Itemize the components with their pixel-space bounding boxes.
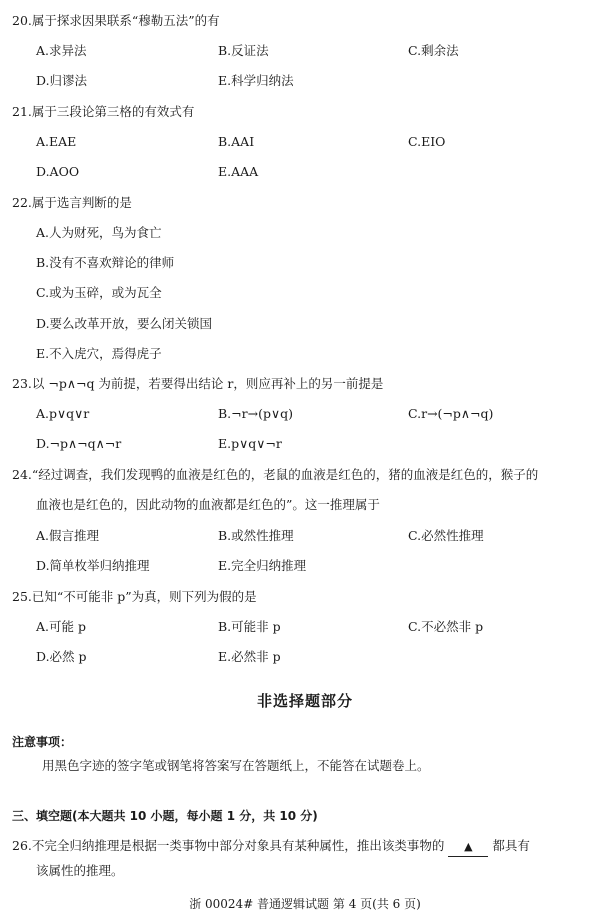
page-footer: 浙 00024# 普通逻辑试题 第 4 页(共 6 页) (0, 895, 610, 912)
q26-text-after: 都具有 (492, 838, 530, 853)
q25-option-e: E.必然非 p (218, 648, 281, 666)
q25-option-d: D.必然 p (36, 648, 87, 666)
question-24-stem: 24.“经过调查，我们发现鸭的血液是红色的，老鼠的血液是红色的，猪的血液是红色的… (12, 466, 538, 484)
q24-option-a: A.假言推理 (36, 527, 99, 545)
q22-option-e: E.不入虎穴，焉得虎子 (36, 345, 162, 363)
q26-answer-blank: ▲ (448, 838, 488, 857)
q21-option-e: E.AAA (218, 163, 258, 181)
q22-option-a: A.人为财死，鸟为食亡 (36, 224, 162, 242)
notice-title: 注意事项： (12, 733, 72, 751)
q23-option-d: D.¬p∧¬q∧¬r (36, 435, 121, 453)
q21-option-d: D.AOO (36, 163, 79, 181)
notice-text: 用黑色字迹的签字笔或钢笔将答案写在答题纸上，不能答在试题卷上。 (42, 757, 430, 775)
q24-option-e: E.完全归纳推理 (218, 557, 306, 575)
q26-text-before: 26.不完全归纳推理是根据一类事物中部分对象具有某种属性，推出该类事物的 (12, 838, 444, 853)
q20-option-e: E.科学归纳法 (218, 72, 294, 90)
q22-option-c: C.或为玉碎，或为瓦全 (36, 284, 162, 302)
q20-option-c: C.剩余法 (408, 42, 459, 60)
q20-option-d: D.归谬法 (36, 72, 87, 90)
q21-option-b: B.AAI (218, 133, 254, 151)
q21-option-c: C.EIO (408, 133, 445, 151)
q24-option-d: D.简单枚举归纳推理 (36, 557, 150, 575)
question-21-stem: 21.属于三段论第三格的有效式有 (12, 103, 194, 121)
question-22-stem: 22.属于选言判断的是 (12, 194, 132, 212)
section-heading: 非选择题部分 (0, 690, 610, 711)
part3-title: 三、填空题(本大题共 10 小题，每小题 1 分，共 10 分) (12, 807, 318, 825)
question-23-stem: 23.以 ¬p∧¬q 为前提，若要得出结论 r，则应再补上的另一前提是 (12, 375, 383, 393)
question-25-stem: 25.已知“不可能非 p”为真，则下列为假的是 (12, 588, 257, 606)
question-26-stem: 26.不完全归纳推理是根据一类事物中部分对象具有某种属性，推出该类事物的▲都具有 (12, 837, 530, 857)
q21-option-a: A.EAE (36, 133, 76, 151)
q25-option-c: C.不必然非 p (408, 618, 483, 636)
q23-option-a: A.p∨q∨r (36, 405, 89, 423)
question-26-stem-continued: 该属性的推理。 (36, 862, 124, 880)
question-24-stem-continued: 血液也是红色的，因此动物的血液都是红色的”。这一推理属于 (36, 496, 380, 514)
q23-option-e: E.p∨q∨¬r (218, 435, 282, 453)
q23-option-c: C.r→(¬p∧¬q) (408, 405, 493, 423)
q22-option-b: B.没有不喜欢辩论的律师 (36, 254, 174, 272)
q25-option-b: B.可能非 p (218, 618, 281, 636)
q24-option-b: B.或然性推理 (218, 527, 294, 545)
q23-option-b: B.¬r→(p∨q) (218, 405, 293, 423)
q25-option-a: A.可能 p (36, 618, 86, 636)
q20-option-b: B.反证法 (218, 42, 269, 60)
question-20-stem: 20.属于探求因果联系“穆勒五法”的有 (12, 12, 220, 30)
q24-option-c: C.必然性推理 (408, 527, 484, 545)
q22-option-d: D.要么改革开放，要么闭关锁国 (36, 315, 212, 333)
q20-option-a: A.求异法 (36, 42, 87, 60)
